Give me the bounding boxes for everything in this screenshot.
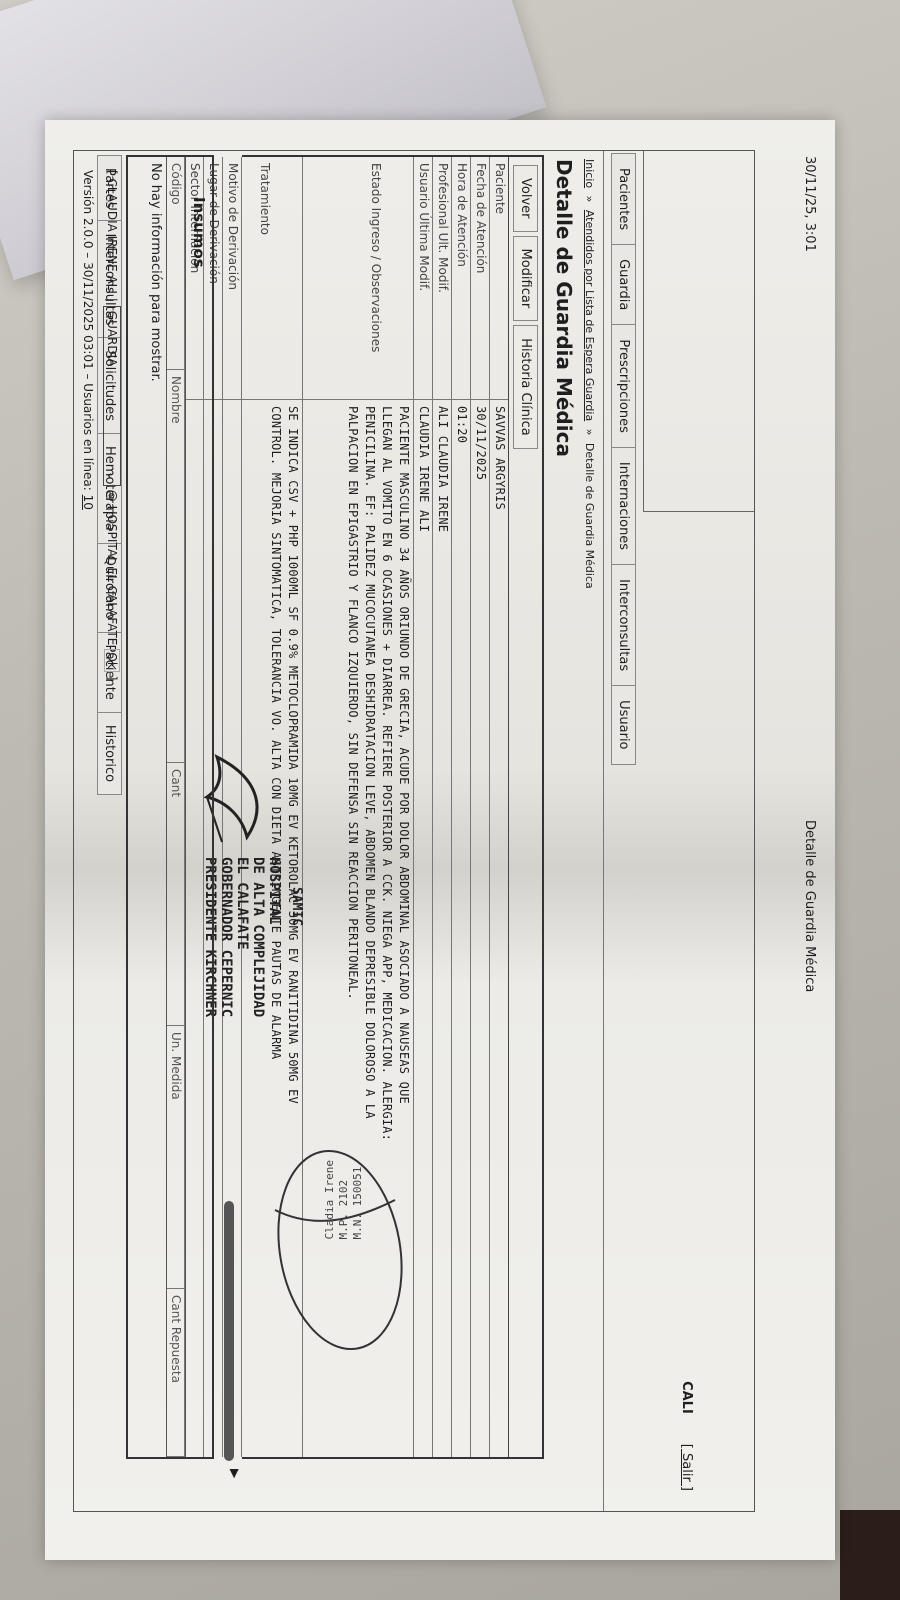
column-header-nombre: Nombre: [167, 370, 185, 763]
breadcrumb-inicio[interactable]: Inicio: [583, 159, 596, 188]
horizontal-scrollbar[interactable]: [224, 1201, 234, 1461]
field-value-usuario: CLAUDIA IRENE ALI: [414, 400, 432, 1457]
page-title: Detalle de Guardia Médica: [552, 159, 576, 457]
field-row-paciente: Paciente SAVVAS ARGYRIS: [489, 157, 508, 1457]
stamp-line: EL CALAFATE: [234, 857, 250, 1017]
online-users-count[interactable]: 10: [81, 495, 95, 510]
chevron-down-icon: ⌄: [105, 471, 119, 481]
role-selected: GUARDIA: [105, 311, 119, 367]
field-row-usuario: Usuario Última Modif. CLAUDIA IRENE ALI: [413, 157, 432, 1457]
print-title: Detalle de Guardia Médica: [802, 820, 817, 992]
column-header-cant: Cant: [167, 763, 185, 1026]
field-label: Tratamiento: [242, 157, 302, 400]
print-header: 30/11/25, 3:01 Detalle de Guardia Médica: [797, 120, 817, 1560]
nav-tab-usuario[interactable]: Usuario: [611, 685, 636, 764]
field-value-profesional: ALI CLAUDIA IRENE: [433, 400, 451, 1457]
signature-text: Cladia Irene M.P. 2102 M.N. 150051: [323, 1160, 365, 1239]
field-label: Estado Ingreso / Observaciones: [303, 157, 413, 400]
scroll-right-arrow-icon[interactable]: ▶: [228, 1469, 242, 1478]
version-info: Versión 2.0.0 – 30/11/2025 03:01 – Usuar…: [81, 170, 95, 510]
field-row-hora: Hora de Atención 01:20: [451, 157, 470, 1457]
top-bar: CALI [ Salir ] Pacientes Guardia Prescri…: [603, 151, 754, 1511]
field-value-paciente: SAVVAS ARGYRIS: [490, 400, 508, 1457]
insumos-empty-message: No hay información para mostrar.: [145, 157, 166, 1457]
signature-line: Cladia Irene: [323, 1160, 337, 1239]
field-value-fecha: 30/11/2025: [471, 400, 489, 1457]
nav-tab-guardia[interactable]: Guardia: [611, 244, 636, 325]
session-bar: [ CLAUDIA IRENE ALI | GUARDIA ⌄ @ HOSPIT…: [103, 170, 121, 680]
printed-page: 30/11/25, 3:01 Detalle de Guardia Médica…: [45, 120, 835, 1560]
print-datetime: 30/11/25, 3:01: [802, 156, 817, 252]
tab-historico[interactable]: Historico: [97, 712, 122, 795]
breadcrumb: Inicio » Atendidos por Lista de Espera G…: [583, 159, 596, 589]
stamp-line: HOSPITAL: [266, 857, 282, 1017]
stamp-text: HOSPITAL DE ALTA COMPLEJIDAD EL CALAFATE…: [202, 857, 282, 1017]
main-nav: Pacientes Guardia Prescripciones Interna…: [611, 153, 636, 764]
column-header-codigo: Código: [167, 157, 185, 370]
nav-tab-pacientes[interactable]: Pacientes: [611, 153, 636, 245]
field-label: Paciente: [490, 157, 508, 400]
stamp-line: GOBERNADOR CEPERNIC: [218, 857, 234, 1017]
signature-line: M.P. 2102: [337, 1160, 351, 1239]
field-label: Fecha de Atención: [471, 157, 489, 400]
version-text: Versión 2.0.0 – 30/11/2025 03:01 – Usuar…: [81, 170, 95, 491]
action-bar: Volver Modificar Historia Clínica: [508, 157, 542, 1457]
nav-tab-prescripciones[interactable]: Prescripciones: [611, 324, 636, 448]
field-row-fecha: Fecha de Atención 30/11/2025: [470, 157, 489, 1457]
historia-clinica-button[interactable]: Historia Clínica: [513, 325, 538, 449]
current-user: CALI: [679, 1381, 694, 1414]
modificar-button[interactable]: Modificar: [513, 236, 538, 322]
field-label: Hora de Atención: [452, 157, 470, 400]
insumos-header-row: Código Nombre Cant Un. Medida Cant Repue…: [166, 157, 185, 1457]
stamp-line: DE ALTA COMPLEJIDAD: [250, 857, 266, 1017]
insumos-title: Insumos: [185, 157, 212, 1457]
stamp-org: SAMIC: [289, 887, 304, 926]
ok-button[interactable]: Ok: [104, 649, 120, 671]
nav-tab-internaciones[interactable]: Internaciones: [611, 447, 636, 565]
background-table: [840, 1510, 900, 1600]
logout-link[interactable]: [ Salir ]: [679, 1444, 694, 1491]
nav-tab-interconsultas[interactable]: Interconsultas: [611, 564, 636, 686]
user-box: CALI [ Salir ]: [679, 1381, 694, 1491]
field-label: Profesional Ult. Modif.: [433, 157, 451, 400]
role-select[interactable]: GUARDIA ⌄: [103, 306, 121, 486]
field-value-hora: 01:20: [452, 400, 470, 1457]
volver-button[interactable]: Volver: [513, 165, 538, 232]
session-location: @ HOSPITAL EL CALAFATE: [105, 490, 119, 646]
field-row-profesional: Profesional Ult. Modif. ALI CLAUDIA IREN…: [432, 157, 451, 1457]
insumos-panel: Insumos Código Nombre Cant Un. Medida Ca…: [126, 155, 214, 1459]
session-user: [ CLAUDIA IRENE ALI |: [105, 170, 119, 302]
breadcrumb-separator: »: [583, 196, 596, 203]
breadcrumb-separator: »: [583, 429, 596, 436]
signature-line: M.N. 150051: [351, 1160, 365, 1239]
field-label: Motivo de Derivación: [223, 157, 241, 400]
session-close: ]: [105, 676, 119, 681]
field-label: Usuario Última Modif.: [414, 157, 432, 400]
column-header-un-medida: Un. Medida: [167, 1026, 185, 1289]
breadcrumb-lista-espera[interactable]: Atendidos por Lista de Espera Guardia: [583, 210, 596, 421]
logo-area: [643, 151, 754, 512]
column-header-cant-repuesta: Cant Repuesta: [167, 1289, 185, 1457]
breadcrumb-current: Detalle de Guardia Médica: [583, 443, 596, 589]
